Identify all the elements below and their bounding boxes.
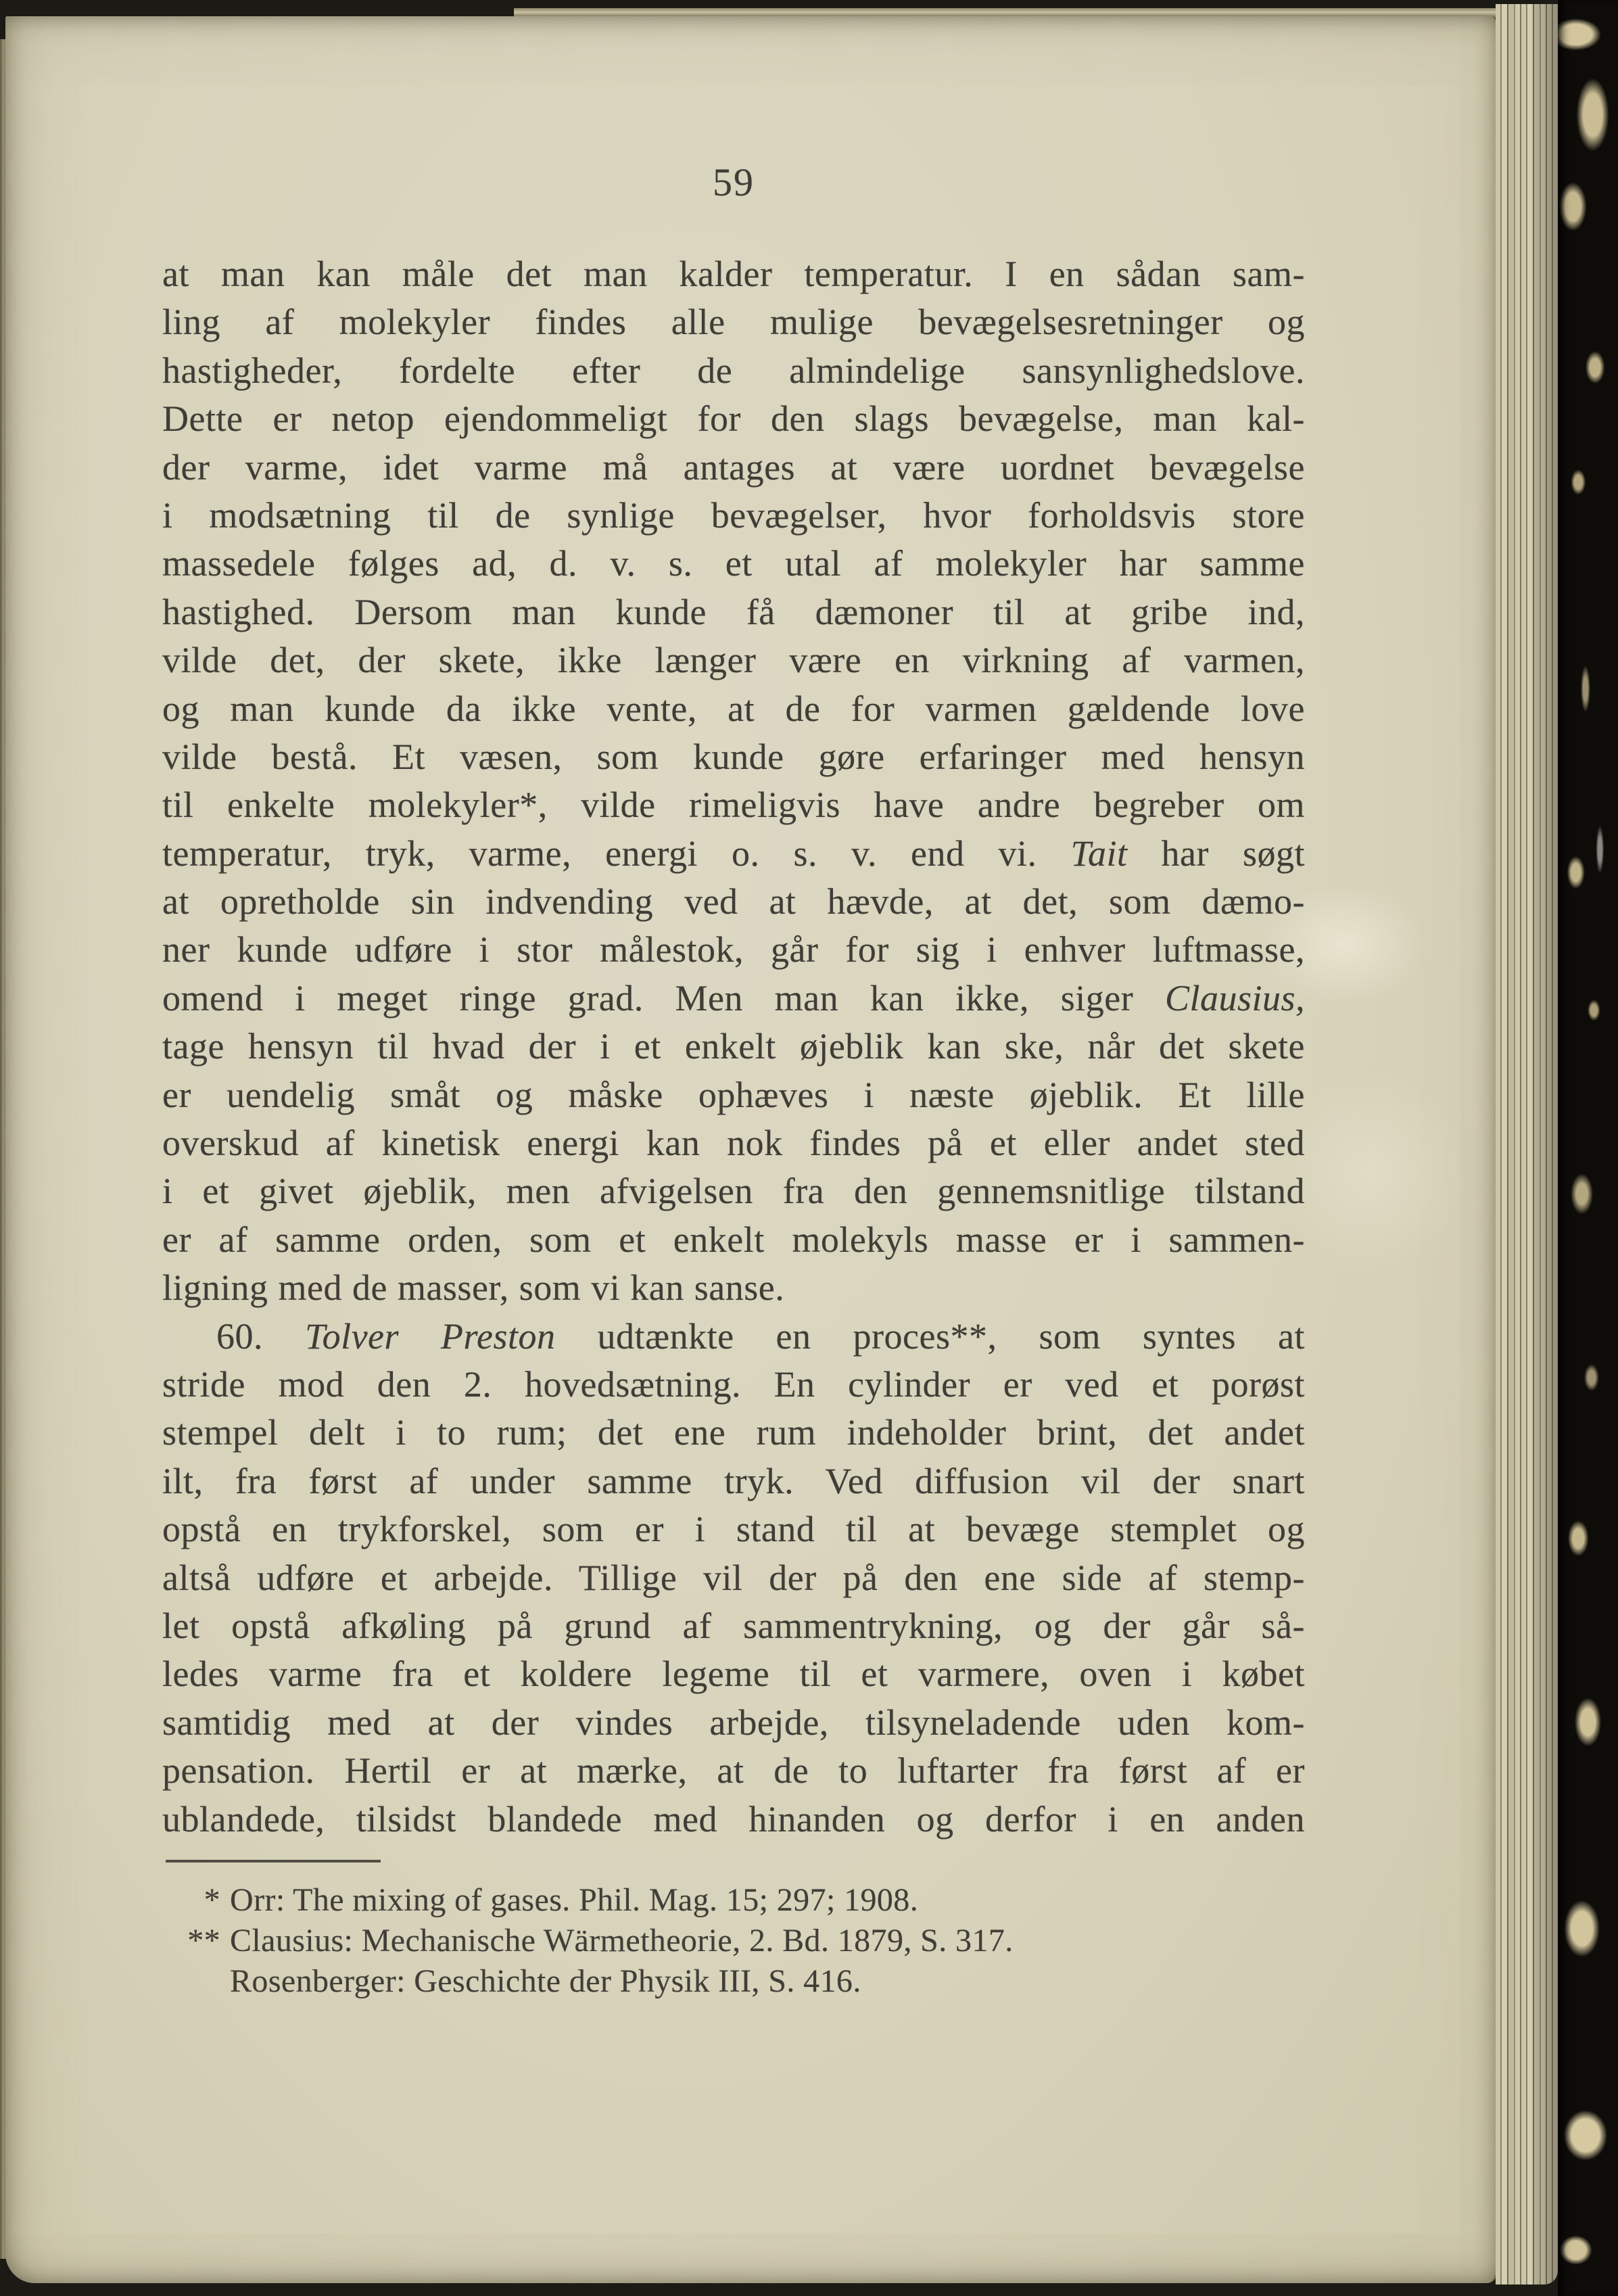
text-run: ling af molekyler findes alle mulige bev…	[162, 302, 1305, 342]
body-line: der varme, idet varme må antages at være…	[162, 444, 1305, 492]
text-run: samtidig med at der vindes arbejde, tils…	[162, 1702, 1305, 1743]
body-line: temperatur, tryk, varme, energi o. s. v.…	[162, 830, 1305, 878]
body-line: samtidig med at der vindes arbejde, tils…	[162, 1699, 1305, 1747]
body-line: Dette er netop ejendommeligt for den sla…	[162, 395, 1305, 443]
marbled-binding	[1558, 0, 1618, 2296]
body-line: tage hensyn til hvad der i et enkelt øje…	[162, 1023, 1305, 1071]
text-run: Dette er netop ejendommeligt for den sla…	[162, 398, 1305, 439]
footnotes: *Orr: The mixing of gases. Phil. Mag. 15…	[162, 1880, 1305, 2002]
body-line: i et givet øjeblik, men afvigelsen fra d…	[162, 1167, 1305, 1215]
text-run: vilde bestå. Et væsen, som kunde gøre er…	[162, 736, 1305, 777]
text-run: der varme, idet varme må antages at være…	[162, 447, 1305, 488]
text-run: ilt, fra først af under samme tryk. Ved …	[162, 1461, 1305, 1501]
text-run: ligning med de masser, som vi kan sanse.	[162, 1267, 784, 1308]
text-run: ner kunde udføre i stor målestok, går fo…	[162, 929, 1305, 970]
text-run: at opretholde sin indvending ved at hævd…	[162, 881, 1305, 922]
text-run: altså udføre et arbejde. Tillige vil der…	[162, 1557, 1305, 1598]
text-run: tage hensyn til hvad der i et enkelt øje…	[162, 1026, 1305, 1067]
text-run: ublandede, tilsidst blandede med hinande…	[162, 1799, 1305, 1840]
body-line: stempel delt i to rum; det ene rum indeh…	[162, 1409, 1305, 1457]
body-line: ner kunde udføre i stor målestok, går fo…	[162, 926, 1305, 974]
footnote-text: Rosenberger: Geschichte der Physik III, …	[230, 1961, 861, 2002]
scanned-book-photo: 59 at man kan måle det man kalder temper…	[0, 0, 1618, 2296]
footnote-marker: *	[162, 1880, 220, 1921]
footnote-text: Clausius: Mechanische Wärmetheorie, 2. B…	[230, 1921, 1014, 1961]
body-line: massedele følges ad, d. v. s. et utal af…	[162, 540, 1305, 588]
body-line: omend i meget ringe grad. Men man kan ik…	[162, 975, 1305, 1023]
footnote-text: Orr: The mixing of gases. Phil. Mag. 15;…	[230, 1880, 918, 1921]
text-run: opstå en trykforskel, som er i stand til…	[162, 1509, 1305, 1549]
text-run: udtænkte en proces**, som syntes at	[556, 1316, 1305, 1357]
text-run: vilde det, der skete, ikke længer være e…	[162, 640, 1305, 680]
body-line: ling af molekyler findes alle mulige bev…	[162, 298, 1305, 346]
text-run: stempel delt i to rum; det ene rum indeh…	[162, 1412, 1305, 1453]
text-run: at man kan måle det man kalder temperatu…	[162, 254, 1305, 294]
body-line: at man kan måle det man kalder temperatu…	[162, 250, 1305, 298]
text-run: overskud af kinetisk energi kan nok find…	[162, 1123, 1305, 1163]
body-line: pensation. Hertil er at mærke, at de to …	[162, 1747, 1305, 1795]
text-run: temperatur, tryk, varme, energi o. s. v.…	[162, 833, 1070, 874]
footnote-line: *Orr: The mixing of gases. Phil. Mag. 15…	[162, 1880, 1305, 1921]
body-line: vilde bestå. Et væsen, som kunde gøre er…	[162, 733, 1305, 781]
text-run: hastighed. Dersom man kunde få dæmoner t…	[162, 592, 1305, 632]
body-line: overskud af kinetisk energi kan nok find…	[162, 1119, 1305, 1167]
text-run: let opstå afkøling på grund af sammentry…	[162, 1606, 1305, 1646]
body-text: at man kan måle det man kalder temperatu…	[162, 250, 1305, 1844]
body-line: hastighed. Dersom man kunde få dæmoner t…	[162, 588, 1305, 636]
body-line: ublandede, tilsidst blandede med hinande…	[162, 1796, 1305, 1844]
body-line: vilde det, der skete, ikke længer være e…	[162, 636, 1305, 684]
text-run: i modsætning til de synlige bevægelser, …	[162, 495, 1305, 536]
book-page: 59 at man kan måle det man kalder temper…	[5, 16, 1498, 2283]
body-line: opstå en trykforskel, som er i stand til…	[162, 1505, 1305, 1553]
footnote-marker: **	[162, 1921, 220, 1961]
body-line: 60. Tolver Preston udtænkte en proces**,…	[162, 1313, 1305, 1361]
text-run: 60.	[216, 1316, 305, 1357]
text-run: stride mod den 2. hovedsætning. En cylin…	[162, 1364, 1305, 1405]
body-line: hastigheder, fordelte efter de almindeli…	[162, 347, 1305, 395]
footnote-line: **Clausius: Mechanische Wärmetheorie, 2.…	[162, 1921, 1305, 1961]
text-run: ledes varme fra et koldere legeme til et…	[162, 1654, 1305, 1694]
text-run: og man kunde da ikke vente, at de for va…	[162, 688, 1305, 729]
footnote-marker	[162, 1961, 220, 2002]
text-run: massedele følges ad, d. v. s. et utal af…	[162, 543, 1305, 584]
text-run: omend i meget ringe grad. Men man kan ik…	[162, 978, 1165, 1018]
text-run: hastigheder, fordelte efter de almindeli…	[162, 350, 1305, 391]
body-line: er uendelig småt og måske ophæves i næst…	[162, 1071, 1305, 1119]
page-number: 59	[162, 160, 1305, 205]
body-line: altså udføre et arbejde. Tillige vil der…	[162, 1554, 1305, 1602]
text-run: i et givet øjeblik, men afvigelsen fra d…	[162, 1171, 1305, 1211]
footnote-line: Rosenberger: Geschichte der Physik III, …	[162, 1961, 1305, 2002]
body-line: til enkelte molekyler*, vilde rimeligvis…	[162, 781, 1305, 829]
text-run: pensation. Hertil er at mærke, at de to …	[162, 1750, 1305, 1791]
text-run: har søgt	[1128, 833, 1305, 874]
body-line: ledes varme fra et koldere legeme til et…	[162, 1650, 1305, 1698]
footnote-rule	[166, 1860, 381, 1862]
text-run: til enkelte molekyler*, vilde rimeligvis…	[162, 784, 1305, 825]
italic-name: Clausius,	[1165, 978, 1305, 1018]
body-line: stride mod den 2. hovedsætning. En cylin…	[162, 1361, 1305, 1409]
text-run: er af samme orden, som et enkelt molekyl…	[162, 1219, 1305, 1260]
paper-stain	[1277, 1071, 1466, 1274]
body-line: og man kunde da ikke vente, at de for va…	[162, 685, 1305, 733]
body-line: let opstå afkøling på grund af sammentry…	[162, 1602, 1305, 1650]
body-line: at opretholde sin indvending ved at hævd…	[162, 878, 1305, 926]
body-line: ilt, fra først af under samme tryk. Ved …	[162, 1457, 1305, 1505]
fore-edge-page-stack	[1496, 4, 1558, 2285]
body-line: ligning med de masser, som vi kan sanse.	[162, 1264, 1305, 1312]
text-run: er uendelig småt og måske ophæves i næst…	[162, 1075, 1305, 1115]
body-line: er af samme orden, som et enkelt molekyl…	[162, 1216, 1305, 1264]
italic-name: Tolver Preston	[305, 1316, 556, 1357]
body-line: i modsætning til de synlige bevægelser, …	[162, 492, 1305, 540]
italic-name: Tait	[1070, 833, 1127, 874]
